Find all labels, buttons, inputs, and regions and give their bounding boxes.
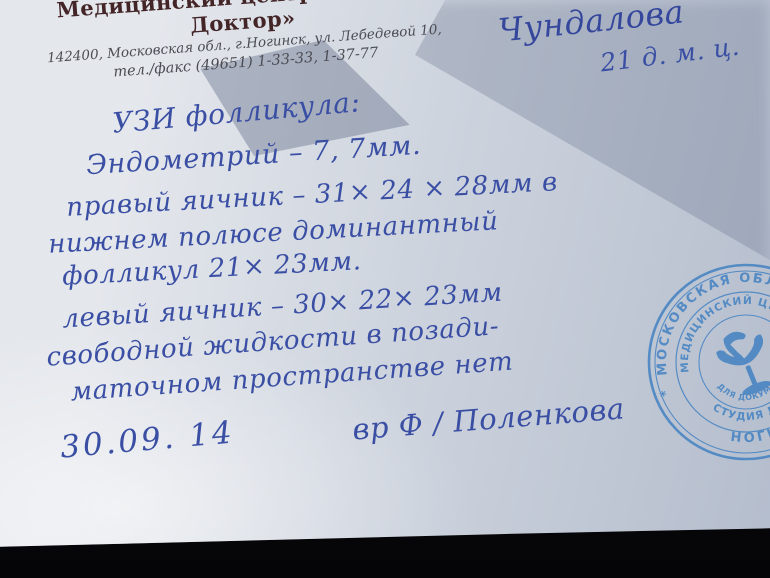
svg-text:СТУДИЯ ДОКТОР: СТУДИЯ ДОКТОР [708, 367, 770, 439]
stamp-svg: МОСКОВСКАЯ ОБЛАСТЬ НОГИНСК МЕДИЦИНСКИЙ Ц… [626, 242, 770, 482]
clinic-round-stamp: МОСКОВСКАЯ ОБЛАСТЬ НОГИНСК МЕДИЦИНСКИЙ Ц… [626, 242, 770, 482]
stamp-separator-left: * [658, 388, 670, 405]
stamp-text-studio: СТУДИЯ ДОКТОР [708, 367, 770, 439]
photo-of-medical-note: Медицинский центр «Студия Доктор» 142400… [0, 0, 770, 578]
